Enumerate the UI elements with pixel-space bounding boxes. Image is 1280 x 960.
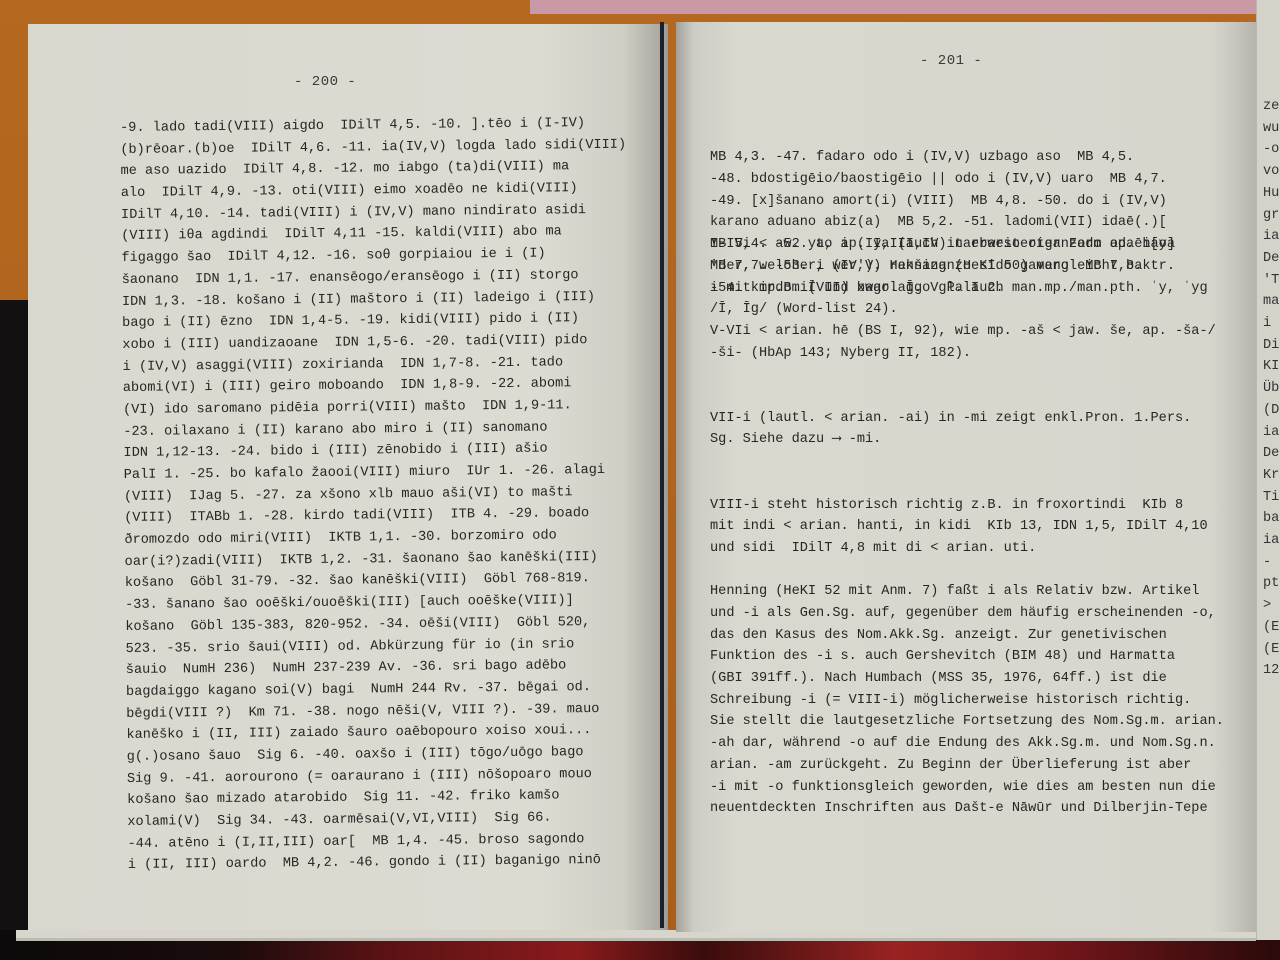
text-line: De bbox=[1263, 443, 1280, 465]
next-page-text: zewu-ovoHugriaDe'TmaiDiKIÜb(DiaDeKrTibai… bbox=[1263, 96, 1280, 682]
text-line: (E bbox=[1263, 639, 1280, 661]
text-line: KI bbox=[1263, 356, 1280, 378]
text-line: -48. bdostigēio/baostigēio || odo i (IV,… bbox=[710, 169, 1224, 191]
text-line: Üb bbox=[1263, 378, 1280, 400]
note-henning: Henning (HeKI 52 mit Anm. 7) faßt i als … bbox=[710, 581, 1224, 603]
text-line: (GBI 391ff.). Nach Humbach (MSS 35, 1976… bbox=[710, 668, 1224, 690]
book-gutter bbox=[660, 22, 664, 928]
entries-block: MB 4,3. -47. fadaro odo i (IV,V) uzbago … bbox=[710, 147, 1224, 169]
background-shadow bbox=[0, 300, 30, 960]
text-line: wu bbox=[1263, 118, 1280, 140]
text-line: /Ī, Īg/ (Word-list 24). bbox=[710, 299, 1224, 321]
text-line: i bbox=[1263, 313, 1280, 335]
text-line: ia bbox=[1263, 530, 1280, 552]
text-line: (D bbox=[1263, 400, 1280, 422]
text-line: Ti bbox=[1263, 487, 1280, 509]
text-line: De bbox=[1263, 248, 1280, 270]
text-line: pt bbox=[1263, 573, 1280, 595]
text-line: - bbox=[1263, 552, 1280, 574]
text-line: VIII-i steht historisch richtig z.B. in … bbox=[710, 495, 1224, 517]
text-line: 'T bbox=[1263, 270, 1280, 292]
text-line: Kr bbox=[1263, 465, 1280, 487]
text-line: MB 4,3. -47. fadaro odo i (IV,V) uzbago … bbox=[710, 147, 1224, 169]
text-line: -o bbox=[1263, 139, 1280, 161]
text-line: vo bbox=[1263, 161, 1280, 183]
text-line: und sidi IDilT 4,8 mit di < arian. uti. bbox=[710, 538, 1224, 560]
text-line: Sie stellt die lautgesetzliche Fortsetzu… bbox=[710, 711, 1224, 733]
text-line: Henning (HeKI 52 mit Anm. 7) faßt i als … bbox=[710, 581, 1224, 603]
text-line: -ah dar, während -o auf die Endung des A… bbox=[710, 733, 1224, 755]
text-line: das den Kasus des Nom.Akk.Sg. anzeigt. Z… bbox=[710, 625, 1224, 647]
page-number-right: - 201 - bbox=[920, 53, 982, 69]
background-object bbox=[530, 0, 1280, 14]
text-line: V-VIi < arian. hē (BS I, 92), wie mp. -a… bbox=[710, 321, 1224, 343]
note-viii: VIII-i steht historisch richtig z.B. in … bbox=[710, 495, 1224, 517]
text-line: Schreibung -i (= VIII-i) möglicherweise … bbox=[710, 690, 1224, 712]
text-line: arian. -am zurückgeht. Zu Beginn der Übe… bbox=[710, 755, 1224, 777]
text-line: gr bbox=[1263, 205, 1280, 227]
text-line: mit indi < arian. hanti, in kidi KIb 13,… bbox=[710, 516, 1224, 538]
text-line: ia bbox=[1263, 422, 1280, 444]
text-line: Funktion des -i s. auch Gershevitch (BIM… bbox=[710, 646, 1224, 668]
text-line: i mit mp.B. Ī und xwar. Ī. Vgl. auch man… bbox=[710, 278, 1224, 300]
text-line: neuentdeckten Inschriften aus Dašt-e Nāw… bbox=[710, 798, 1224, 820]
note-v-vi: V-VIi < arian. hē (BS I, 92), wie mp. -a… bbox=[710, 321, 1224, 343]
note-i-iv: I-IVi < aw. ya, ap. ya (auch in erweiter… bbox=[710, 234, 1224, 256]
text-line: -ši- (HbAp 143; Nyberg II, 182). bbox=[710, 343, 1224, 365]
text-line: ze bbox=[1263, 96, 1280, 118]
page-number-left: - 200 - bbox=[294, 74, 356, 90]
text-line: > bbox=[1263, 595, 1280, 617]
text-line: ia bbox=[1263, 226, 1280, 248]
right-page-body: MB 4,3. -47. fadaro odo i (IV,V) uzbago … bbox=[710, 104, 1224, 668]
text-line: Hu bbox=[1263, 183, 1280, 205]
text-line: karano aduano abiz(a) MB 5,2. -51. ladom… bbox=[710, 212, 1224, 234]
text-line: -i mit -o funktionsgleich geworden, wie … bbox=[710, 777, 1224, 799]
left-page: - 200 - -9. lado tadi(VIII) aigdo IDilT … bbox=[28, 24, 668, 930]
text-line: 12 bbox=[1263, 660, 1280, 682]
text-line: und -i als Gen.Sg. auf, gegenüber dem hä… bbox=[710, 603, 1224, 625]
text-line: Sg. Siehe dazu ⟶ -mi. bbox=[710, 429, 1224, 451]
right-page: - 201 - MB 4,3. -47. fadaro odo i (IV,V)… bbox=[676, 22, 1256, 932]
text-line: -49. [x]šanano amort(i) (VIII) MB 4,8. -… bbox=[710, 191, 1224, 213]
note-vii: VII-i (lautl. < arian. -ai) in -mi zeigt… bbox=[710, 408, 1224, 430]
left-page-body: -9. lado tadi(VIII) aigdo IDilT 4,5. -10… bbox=[120, 113, 634, 877]
text-line: I-IVi < aw. ya, ap. ya (auch in erweiter… bbox=[710, 234, 1224, 256]
text-line: Di bbox=[1263, 335, 1280, 357]
text-line: ma bbox=[1263, 291, 1280, 313]
text-line: ba bbox=[1263, 508, 1280, 530]
text-line: VII-i (lautl. < arian. -ai) in -mi zeigt… bbox=[710, 408, 1224, 430]
text-line: 'der, welcher, wer'). Henning (HeKI 50) … bbox=[710, 256, 1224, 278]
text-line: (E bbox=[1263, 617, 1280, 639]
text-line: i (II, III) oardo MB 4,2. -46. gondo i (… bbox=[128, 850, 634, 877]
